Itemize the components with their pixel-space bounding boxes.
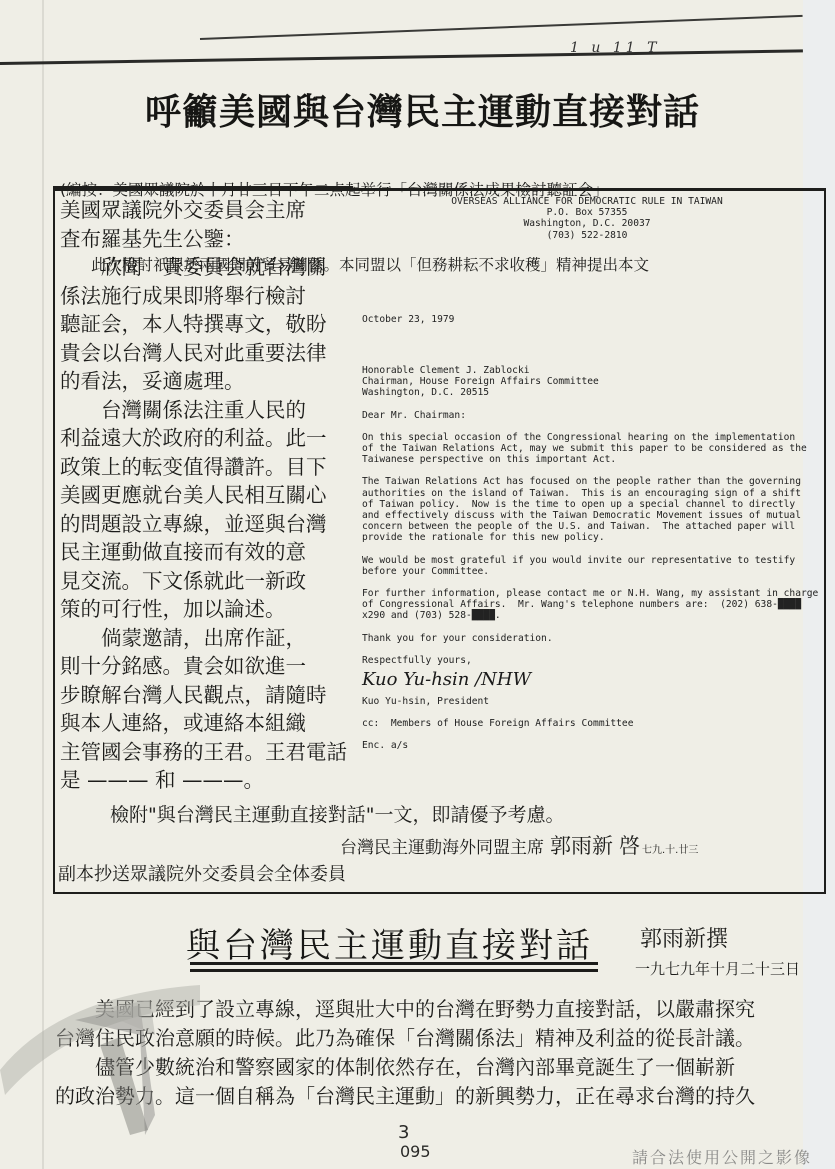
signer: Kuo Yu-hsin, President: [362, 696, 812, 707]
recipient-line: Honorable Clement J. Zablocki: [362, 365, 812, 376]
handwritten-signature: Kuo Yu-hsin /NHW: [362, 668, 812, 692]
body-line: authorities on the island of Taiwan. Thi…: [362, 488, 812, 499]
cn-line: 是 ——— 和 ———。: [60, 766, 350, 795]
cc-line: cc: Members of House Foreign Affairs Com…: [362, 718, 812, 729]
body-line: provide the rationale for this new polic…: [362, 532, 812, 543]
cn-line: 査布羅基先生公鑒：: [60, 225, 350, 254]
usage-watermark: 請合法使用公開之影像: [632, 1145, 812, 1168]
fold-shadow: [42, 0, 44, 1169]
chair-name: 郭雨新: [550, 834, 613, 858]
body-line: before your Committee.: [362, 566, 812, 577]
body-line: For further information, please contact …: [362, 588, 812, 599]
cn-line: 與本人連絡，或連絡本組織: [60, 709, 350, 738]
letterhead: OVERSEAS ALLIANCE FOR DEMOCRATIC RULE IN…: [362, 196, 812, 241]
closing: Respectfully yours,: [362, 655, 812, 666]
body-line: On this special occasion of the Congress…: [362, 432, 812, 443]
body-line: We would be most grateful if you would i…: [362, 555, 812, 566]
top-handwritten-mark: 1 u 11 T: [570, 40, 660, 56]
recipient-line: Chairman, House Foreign Affairs Committe…: [362, 376, 812, 387]
chinese-letter: 美國眾議院外交委員会主席 査布羅基先生公鑒： 欣聞 貴委員会就台灣關 係法施行成…: [60, 196, 350, 795]
article-body: 美國已經到了設立專線，逕與壯大中的台灣在野勢力直接對話，以嚴肅探究 台灣住民政治…: [55, 995, 815, 1111]
body-line: of Taiwan policy. Now is the time to ope…: [362, 499, 812, 510]
chair-signature: 台灣民主運動海外同盟主席郭雨新啓七九.十.廿三: [340, 830, 698, 860]
chair-org: 台灣民主運動海外同盟主席: [340, 838, 544, 858]
cn-line: 的看法，妥適處理。: [60, 367, 350, 396]
cn-line: 民主運動做直接而有效的意: [60, 538, 350, 567]
cn-line: 美國更應就台美人民相互關心: [60, 481, 350, 510]
page-number: 3: [398, 1122, 409, 1143]
cn-line: 欣聞 貴委員会就台灣關: [60, 253, 350, 282]
letterhead-org: OVERSEAS ALLIANCE FOR DEMOCRATIC RULE IN…: [362, 196, 812, 207]
cn-line: 見交流。下文係就此一新政: [60, 567, 350, 596]
chair-suffix: 啓: [619, 834, 640, 858]
body-line: and effectively discuss with the Taiwan …: [362, 510, 812, 521]
cn-line: 則十分銘感。貴会如欲進一: [60, 652, 350, 681]
letter-date: October 23, 1979: [362, 314, 812, 325]
body-line: of the Taiwan Relations Act, may we subm…: [362, 443, 812, 454]
article-author: 郭雨新撰: [640, 922, 728, 953]
article-date: 一九七九年十月二十三日: [635, 958, 800, 979]
title-underline-2: [190, 969, 598, 972]
cn-line: 主管國会事務的王君。王君電話: [60, 738, 350, 767]
body-line: x290 and (703) 528-████.: [362, 610, 812, 621]
article-line: 儘管少數統治和警察國家的体制依然存在，台灣內部畢竟誕生了一個嶄新: [55, 1053, 815, 1082]
cn-line: 聽証会，本人特撰專文，敬盼: [60, 310, 350, 339]
cn-line: 台灣關係法注重人民的: [60, 396, 350, 425]
cn-line: 策的可行性，加以論述。: [60, 595, 350, 624]
enclosure-line: Enc. a/s: [362, 740, 812, 751]
body-line: of Congressional Affairs. Mr. Wang's tel…: [362, 599, 812, 610]
enclosure-note: 檢附"與台灣民主運動直接對話"一文，即請優予考慮。: [110, 800, 564, 827]
cn-line: 的問題設立專線，並逕與台灣: [60, 510, 350, 539]
article-line: 台灣住民政治意願的時候。此乃為確保「台灣關係法」精神及利益的從長計議。: [55, 1024, 815, 1053]
cn-line: 倘蒙邀請，出席作証，: [60, 624, 350, 653]
article-line: 的政治勢力。這一個自稱為「台灣民主運動」的新興勢力，正在尋求台灣的持久: [55, 1082, 815, 1111]
body-line: Thank you for your consideration.: [362, 633, 812, 644]
letterhead-city: Washington, D.C. 20037: [362, 218, 812, 229]
page-code: 095: [400, 1142, 431, 1161]
salutation: Dear Mr. Chairman:: [362, 410, 812, 421]
cn-line: 步瞭解台灣人民觀点，請隨時: [60, 681, 350, 710]
chair-date: 七九.十.廿三: [642, 845, 698, 856]
article-title: 與台灣民主運動直接對話: [186, 918, 593, 967]
body-line: The Taiwan Relations Act has focused on …: [362, 476, 812, 487]
recipient-line: Washington, D.C. 20515: [362, 387, 812, 398]
body-line: concern between the people of the U.S. a…: [362, 521, 812, 532]
cn-line: 政策上的転变值得讚許。目下: [60, 453, 350, 482]
cn-line: 利益遠大於政府的利益。此一: [60, 424, 350, 453]
letterhead-address: P.O. Box 57355: [362, 207, 812, 218]
cc-chinese: 副本抄送眾議院外交委員会全体委員: [58, 860, 346, 886]
cn-line: 係法施行成果即將舉行檢討: [60, 282, 350, 311]
title-underline-1: [190, 962, 598, 965]
article-line: 美國已經到了設立專線，逕與壯大中的台灣在野勢力直接對話，以嚴肅探究: [55, 995, 815, 1024]
english-letter: OVERSEAS ALLIANCE FOR DEMOCRATIC RULE IN…: [362, 196, 812, 752]
cn-line: 貴会以台灣人民对此重要法律: [60, 339, 350, 368]
letterhead-phone: (703) 522-2810: [362, 230, 812, 241]
cn-line: 美國眾議院外交委員会主席: [60, 196, 350, 225]
body-line: Taiwanese perspective on this important …: [362, 454, 812, 465]
